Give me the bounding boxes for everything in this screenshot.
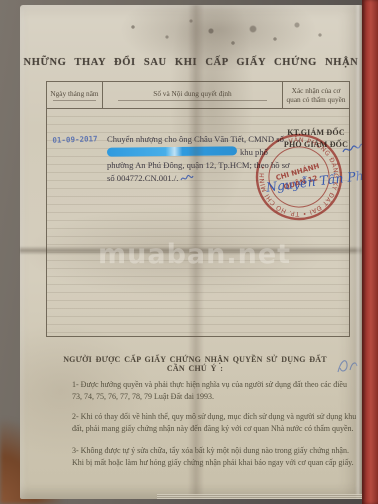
column-header-confirmation: Xác nhận của cơ quan có thẩm quyền (283, 82, 349, 108)
blue-redaction-bar (107, 146, 237, 156)
note-item-3: 3- Không được tự ý sửa chữa, tẩy xóa bất… (72, 445, 358, 468)
certificate-page: NHỮNG THAY ĐỔI SAU KHI CẤP GIẤY CHỨNG NH… (20, 5, 362, 499)
table-body: 01-09-2017 Chuyển nhượng cho ông Châu Vă… (47, 109, 349, 336)
note-item-1: 1- Được hưởng quyền và phải thực hiện ng… (72, 379, 358, 402)
margin-ink-squiggle (334, 352, 360, 383)
date-stamp: 01-09-2017 (48, 134, 102, 145)
column-header-content-label: Số và Nội dung quyết định (153, 89, 231, 98)
notes-heading: NGƯỜI ĐƯỢC CẤP GIẤY CHỨNG NHẬN QUYỀN SỬ … (54, 355, 336, 373)
column-header-date-label: Ngày tháng năm (50, 89, 98, 98)
column-header-content: Số và Nội dung quyết định (103, 82, 283, 108)
header-underline (118, 100, 267, 101)
entry-line-4-text: số 004772.CN.001./. (107, 173, 178, 183)
column-header-confirmation-label: Xác nhận của cơ quan có thẩm quyền (285, 86, 347, 104)
changes-table: Ngày tháng năm Số và Nội dung quyết định… (46, 81, 350, 337)
page-stack-edges (157, 494, 362, 499)
header-underline (53, 100, 96, 101)
blue-ink-mark (180, 173, 194, 187)
red-book-cover-edge (362, 0, 378, 504)
column-header-date: Ngày tháng năm (47, 82, 103, 108)
table-header-row: Ngày tháng năm Số và Nội dung quyết định… (47, 82, 349, 109)
page-title: NHỮNG THAY ĐỔI SAU KHI CẤP GIẤY CHỨNG NH… (20, 57, 362, 68)
note-item-2: 2- Khi có thay đổi về hình thể, quy mô s… (72, 411, 358, 434)
stain-speckles (115, 13, 345, 55)
